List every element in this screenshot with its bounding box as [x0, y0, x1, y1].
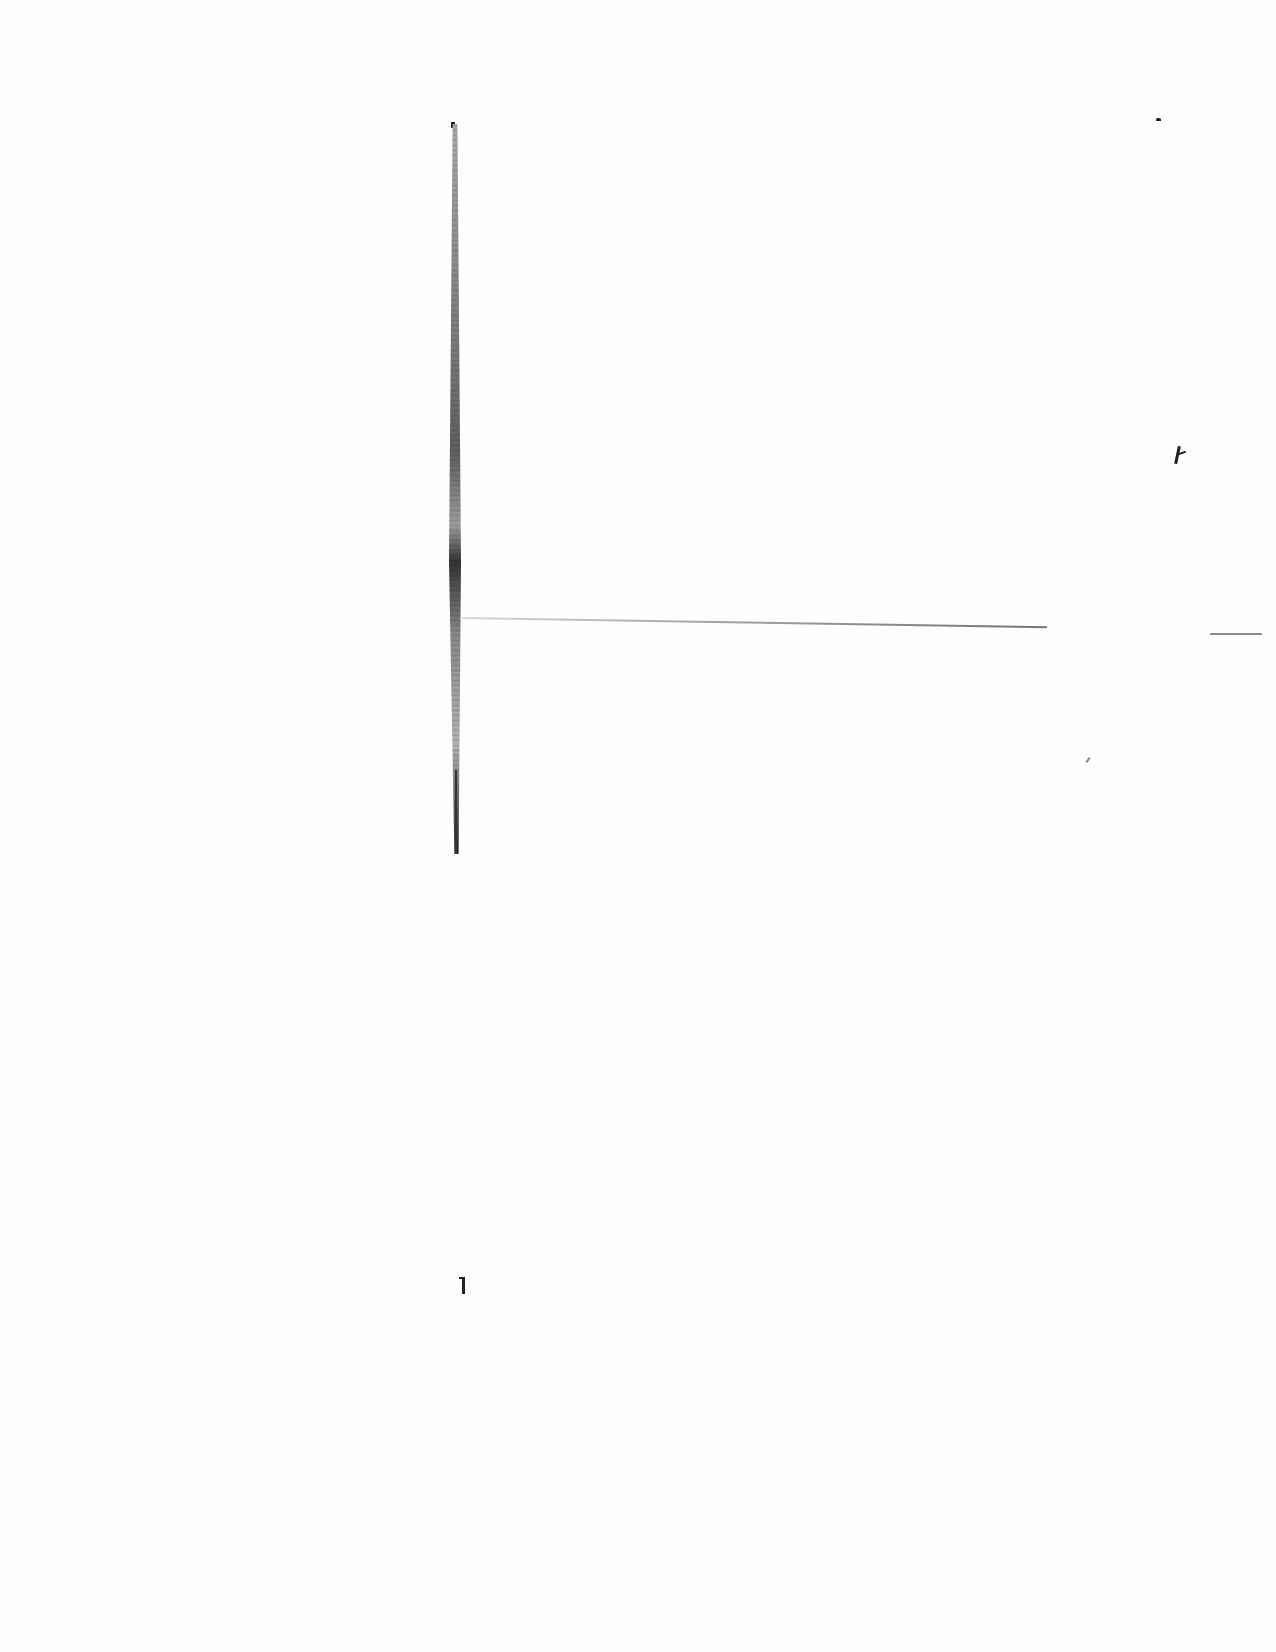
- scan-edge-strip: [449, 124, 461, 854]
- scan-speck: [1085, 757, 1090, 763]
- scan-speck: [1156, 118, 1161, 121]
- scanned-page: [0, 0, 1276, 1652]
- scan-speck: [459, 1277, 465, 1279]
- horizontal-rule: [462, 617, 1047, 628]
- scan-speck: [462, 1277, 465, 1294]
- horizontal-rule-fragment: [1210, 633, 1262, 635]
- scan-strip-tail: [455, 770, 457, 854]
